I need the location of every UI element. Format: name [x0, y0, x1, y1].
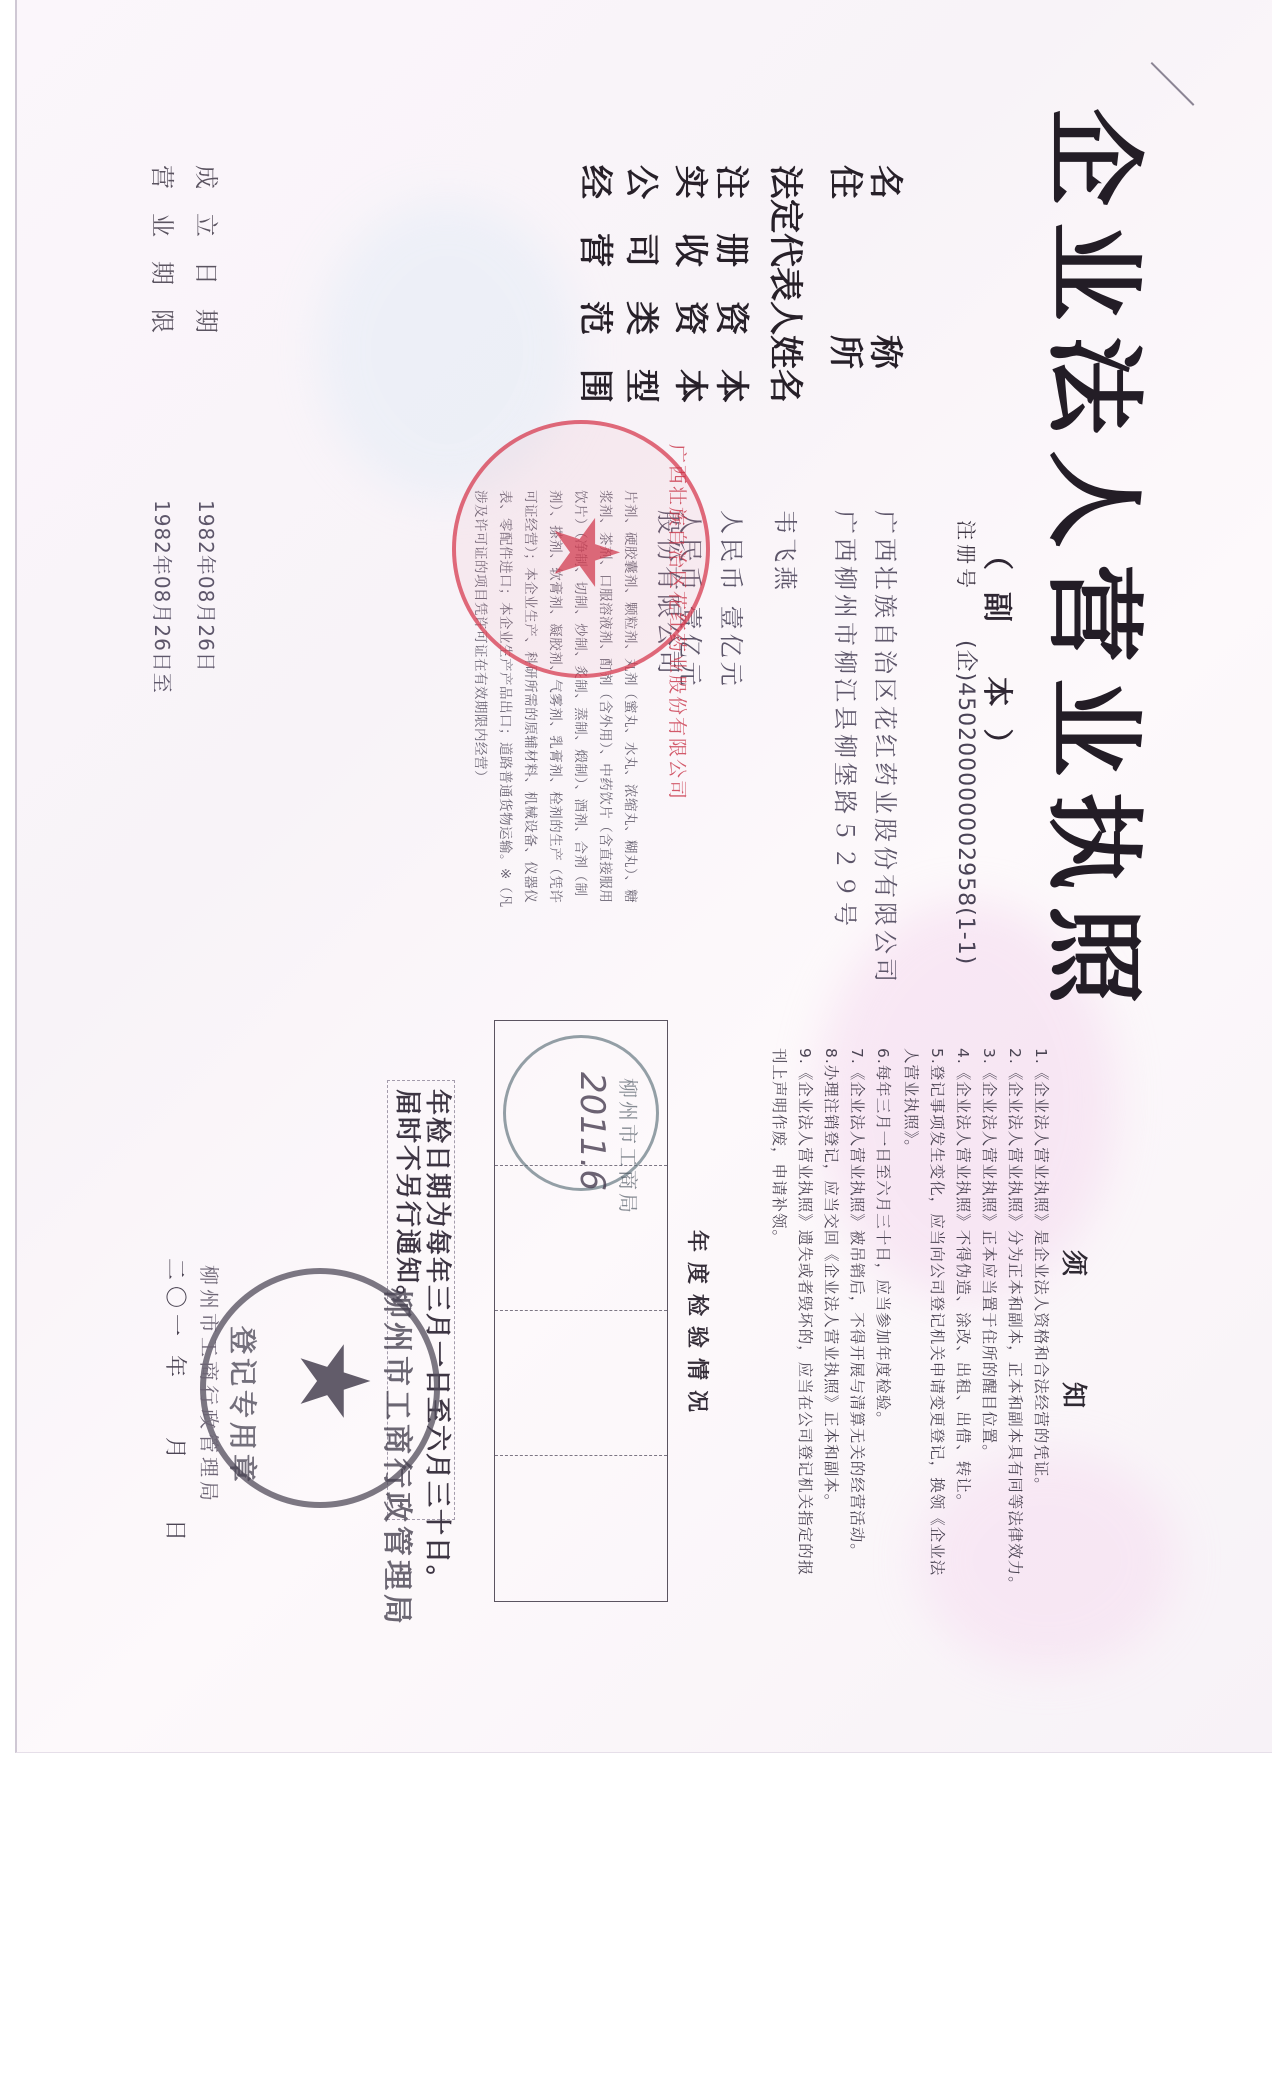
inspection-cell: 柳州市工商局 2011.6	[495, 1021, 667, 1166]
issuing-authority: 柳州市工商行政管理局	[196, 1265, 225, 1505]
field-label-address: 住 所	[828, 165, 862, 369]
field-label-registered-capital: 注 册 资 本	[714, 165, 748, 403]
inspection-cell	[495, 1456, 667, 1600]
field-value-registered-capital: 人民币 壹亿元	[719, 510, 743, 690]
issue-date: 二〇一 年 月 日	[161, 1258, 192, 1547]
note-item: 7.《企业法人营业执照》被吊销后，不得开展与清算无关的经营活动。	[849, 1048, 865, 1560]
copy-label: （副 本）	[978, 540, 1022, 780]
issue-date-month: 月	[162, 1437, 187, 1465]
field-value-name: 广西壮族自治区花红药业股份有限公司	[873, 510, 897, 986]
issue-date-year: 年	[162, 1355, 187, 1383]
note-item: 4.《企业法人营业执照》不得伪造、涂改、出租、出借、转让。	[955, 1048, 971, 1510]
date-label-established: 成 立 日 期	[194, 165, 218, 333]
date-label-term: 营 业 期 限	[150, 165, 174, 333]
issue-date-prefix: 二〇一	[162, 1258, 187, 1342]
inspection-cell	[495, 1311, 667, 1456]
inspection-title: 年度检验情况	[683, 1230, 714, 1422]
note-item: 8.办理注销登记，应当交回《企业法人营业执照》正本和副本。	[823, 1048, 839, 1510]
date-value-established: 1982年08月26日	[196, 500, 216, 673]
note-item: 9.《企业法人营业执照》遗失或者毁坏的，应当在公司登记机关指定的报	[797, 1048, 813, 1576]
star-icon: ★	[540, 512, 630, 593]
note-item: 5.登记事项发生变化，应当向公司登记机关申请变更登记，换领《企业法	[929, 1048, 945, 1576]
field-label-legal-rep: 法定代表人姓名	[768, 165, 802, 403]
field-label-business-scope: 经 营 范 围	[578, 165, 612, 403]
company-seal: 广西壮族自治区花红药业股份有限公司 ★	[452, 420, 710, 678]
field-label-paid-in-capital: 实 收 资 本	[673, 165, 707, 403]
note-item: 3.《企业法人营业执照》正本应当置于住所的醒目位置。	[981, 1048, 997, 1461]
registration-label: 注册号	[953, 520, 982, 592]
note-item: 刊上声明作废，申请补领。	[771, 1048, 787, 1246]
company-seal-text: 广西壮族自治区花红药业股份有限公司	[665, 444, 692, 801]
note-item: 2.《企业法人营业执照》分为正本和副本，正本和副本具有同等法律效力。	[1007, 1048, 1023, 1593]
note-item: 6.每年三月一日至六月三十日，应当参加年度检验。	[875, 1048, 891, 1428]
notes-title: 须 知	[1057, 1250, 1094, 1448]
note-item: 1.《企业法人营业执照》是企业法人资格和合法经营的凭证。	[1033, 1048, 1049, 1494]
note-item: 人营业执照》。	[903, 1048, 919, 1156]
business-license: 企业法人营业执照 （副 本） 注册号 (企)450200000002958(1-…	[15, 0, 1270, 1752]
inspection-notice-line: 届时不另行通知。	[394, 1089, 420, 1313]
date-value-term: 1982年08月26日至	[152, 500, 172, 694]
issue-date-day: 日	[162, 1519, 187, 1547]
inspection-table: 柳州市工商局 2011.6	[494, 1020, 668, 1602]
field-value-legal-rep: 韦飞燕	[773, 510, 797, 594]
field-label-name: 名 称	[868, 165, 902, 369]
issuer-seal: 柳州市工商行政管理局 ★ 登记专用章	[200, 1268, 440, 1508]
document-title: 企业法人营业执照	[1044, 108, 1142, 1020]
registration-number: (企)450200000002958(1-1)	[952, 640, 983, 965]
issuer-seal-bottom: 登记专用章	[224, 1326, 264, 1486]
inspection-cell	[495, 1166, 667, 1311]
field-value-address: 广西柳州市柳江县柳堡路５２９号	[833, 510, 857, 930]
star-icon: ★	[286, 1338, 382, 1424]
field-label-company-type: 公 司 类 型	[624, 165, 658, 403]
